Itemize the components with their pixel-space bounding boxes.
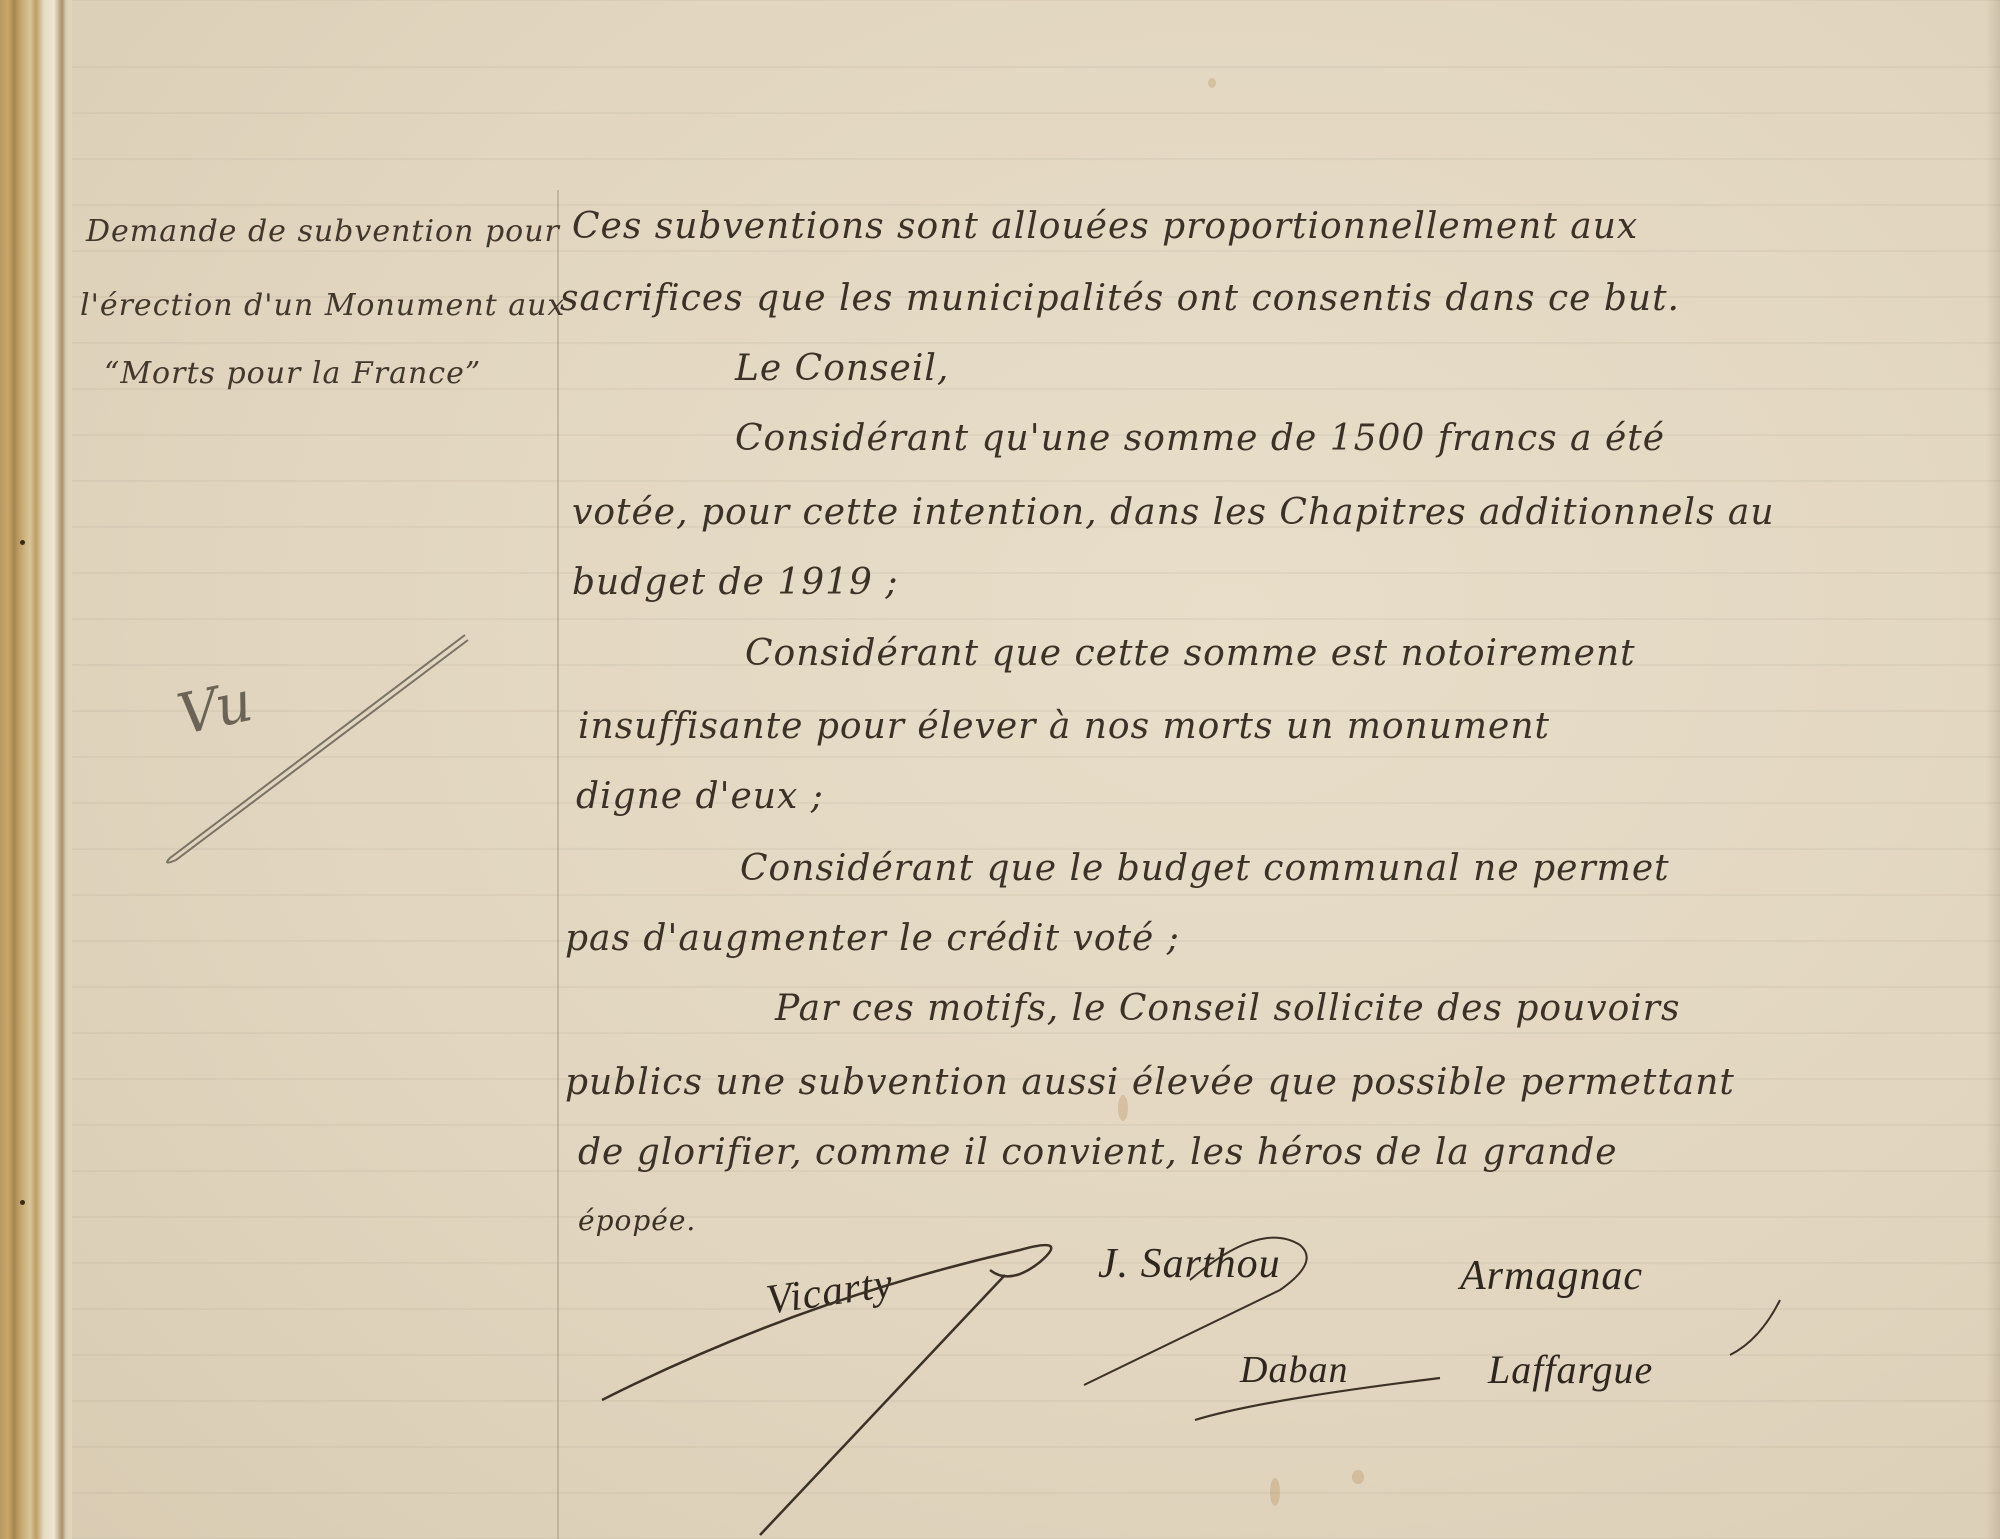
signature-stroke-icon (760, 1275, 1005, 1535)
signature-tail-icon (1730, 1300, 1780, 1355)
signature-underline-icon (1195, 1378, 1440, 1420)
signature-flourish-icon (1084, 1238, 1307, 1385)
pen-flourishes (0, 0, 2000, 1539)
signature-flourish-icon (602, 1245, 1051, 1400)
pencil-slash-icon (167, 635, 468, 863)
